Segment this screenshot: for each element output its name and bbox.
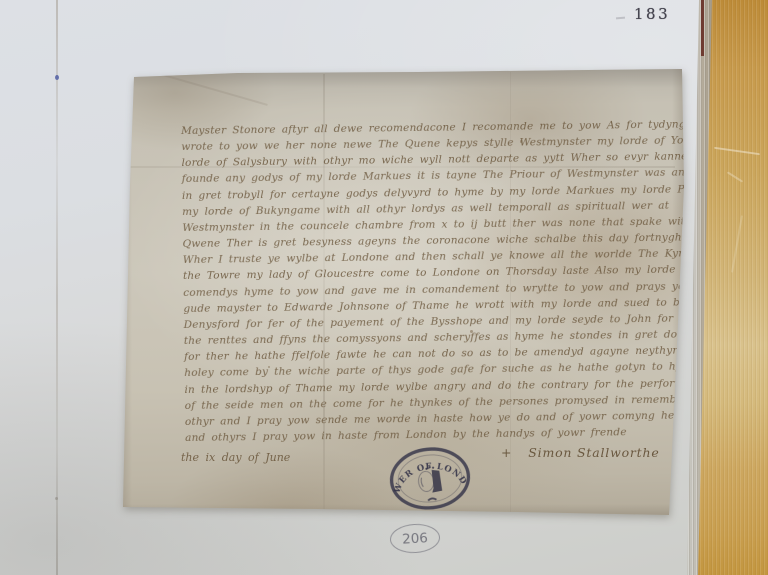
parchment: Mayster Stonore aftyr all dewe recomenda… bbox=[118, 66, 688, 518]
signature: +Simon Stallworthe bbox=[501, 445, 660, 460]
archive-photo: 183 Mayster Stonore aftyr all dewe recom… bbox=[0, 0, 768, 575]
folio-smudge bbox=[616, 17, 625, 20]
stamp-bottom-mark bbox=[428, 498, 437, 501]
parchment-crease bbox=[142, 68, 268, 106]
manuscript-letter: Mayster Stonore aftyr all dewe recomenda… bbox=[118, 66, 688, 518]
wood-scratch bbox=[731, 215, 743, 272]
ink-spot bbox=[55, 75, 59, 80]
item-number: 206 bbox=[402, 530, 429, 547]
album-page-gutter-crease bbox=[56, 0, 58, 575]
item-number-circled: 206 bbox=[389, 523, 440, 555]
handwriting-lines: Mayster Stonore aftyr all dewe recomenda… bbox=[181, 116, 685, 446]
folio-number: 183 bbox=[634, 5, 670, 23]
wood-scratch bbox=[727, 171, 743, 182]
tower-of-london-stamp: TOWER OF LONDON bbox=[385, 441, 476, 516]
book-cover-edge bbox=[701, 0, 704, 56]
signature-name: Simon Stallworthe bbox=[528, 445, 659, 460]
wood-scratch bbox=[714, 147, 760, 155]
page-speck bbox=[55, 497, 58, 500]
signature-cross-mark: + bbox=[501, 445, 512, 460]
date-line: the ix day of June bbox=[181, 451, 290, 464]
